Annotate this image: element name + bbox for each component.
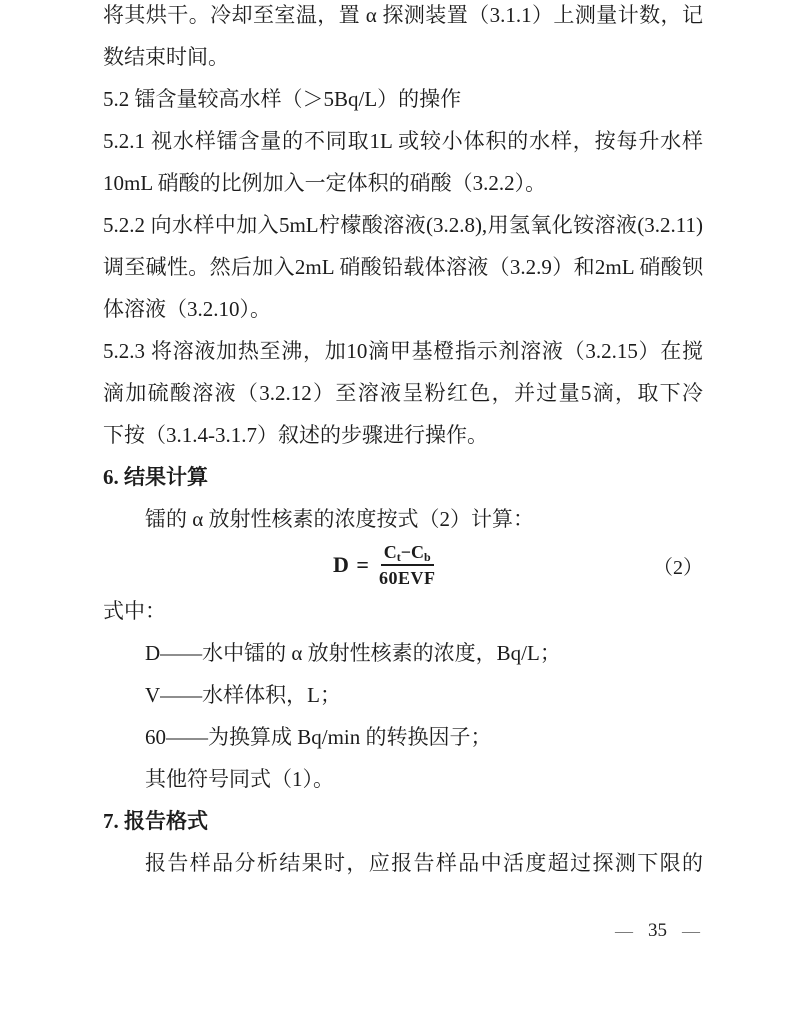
paragraph-line: 调至碱性。然后加入2mL 硝酸铅载体溶液（3.2.9）和2mL 硝酸钡载 [103, 246, 703, 288]
page-footer: — 35 — [615, 920, 700, 942]
footer-dash-left: — [615, 921, 633, 942]
paragraph-line: 体溶液（3.2.10）。 [103, 288, 703, 330]
paragraph-line: 下按（3.1.4-3.1.7）叙述的步骤进行操作。 [103, 414, 703, 456]
definition-line: V——水样体积，L； [103, 674, 703, 716]
definition-line: D——水中镭的 α 放射性核素的浓度，Bq/L； [103, 632, 703, 674]
fraction: Ct−Cb60EVF [379, 543, 436, 587]
paragraph-line: 5.2.1 视水样镭含量的不同取1L 或较小体积的水样，按每升水样加 [103, 120, 703, 162]
fraction-denominator: 60EVF [379, 566, 436, 587]
definition-line: 60——为换算成 Bq/min 的转换因子； [103, 716, 703, 758]
paragraph-line: 5.2.2 向水样中加入5mL柠檬酸溶液(3.2.8),用氢氧化铵溶液(3.2.… [103, 204, 703, 246]
paragraph-line: 数结束时间。 [103, 36, 703, 78]
equation-number: （2） [653, 551, 703, 580]
document-body: 将其烘干。冷却至室温，置 α 探测装置（3.1.1）上测量计数，记下计 数结束时… [103, 0, 703, 884]
paragraph-line: 5.2.3 将溶液加热至沸，加10滴甲基橙指示剂溶液（3.2.15）在搅拌下 [103, 330, 703, 372]
equation-2: D = Ct−Cb60EVF （2） [103, 540, 703, 590]
minus-operator: − [401, 542, 411, 562]
symbol-c-background: C [411, 542, 424, 562]
symbol-c-total: C [384, 542, 397, 562]
formula-lhs: D = [333, 552, 370, 578]
heading-5-2: 5.2 镭含量较高水样（＞5Bq/L）的操作 [103, 78, 703, 120]
subscript-b: b [424, 550, 431, 564]
page-number: 35 [648, 920, 667, 942]
document-page: 将其烘干。冷却至室温，置 α 探测装置（3.1.1）上测量计数，记下计 数结束时… [0, 0, 800, 1013]
heading-section-6: 6. 结果计算 [103, 456, 703, 498]
fraction-numerator: Ct−Cb [381, 543, 434, 566]
where-label: 式中： [103, 590, 703, 632]
paragraph-line: 滴加硫酸溶液（3.2.12）至溶液呈粉红色，并过量5滴，取下冷却。以 [103, 372, 703, 414]
paragraph-line: 镭的 α 放射性核素的浓度按式（2）计算： [103, 498, 703, 540]
paragraph-line: 10mL 硝酸的比例加入一定体积的硝酸（3.2.2）。 [103, 162, 703, 204]
paragraph-text: 报告样品分析结果时，应报告样品中活度超过探测下限的 [145, 851, 703, 875]
footer-dash-right: — [682, 921, 700, 942]
paragraph-line: 将其烘干。冷却至室温，置 α 探测装置（3.1.1）上测量计数，记下计 [103, 0, 703, 36]
definition-line: 其他符号同式（1）。 [103, 758, 703, 800]
paragraph-line: 报告样品分析结果时，应报告样品中活度超过探测下限的 226Ra [103, 842, 703, 884]
heading-section-7: 7. 报告格式 [103, 800, 703, 842]
